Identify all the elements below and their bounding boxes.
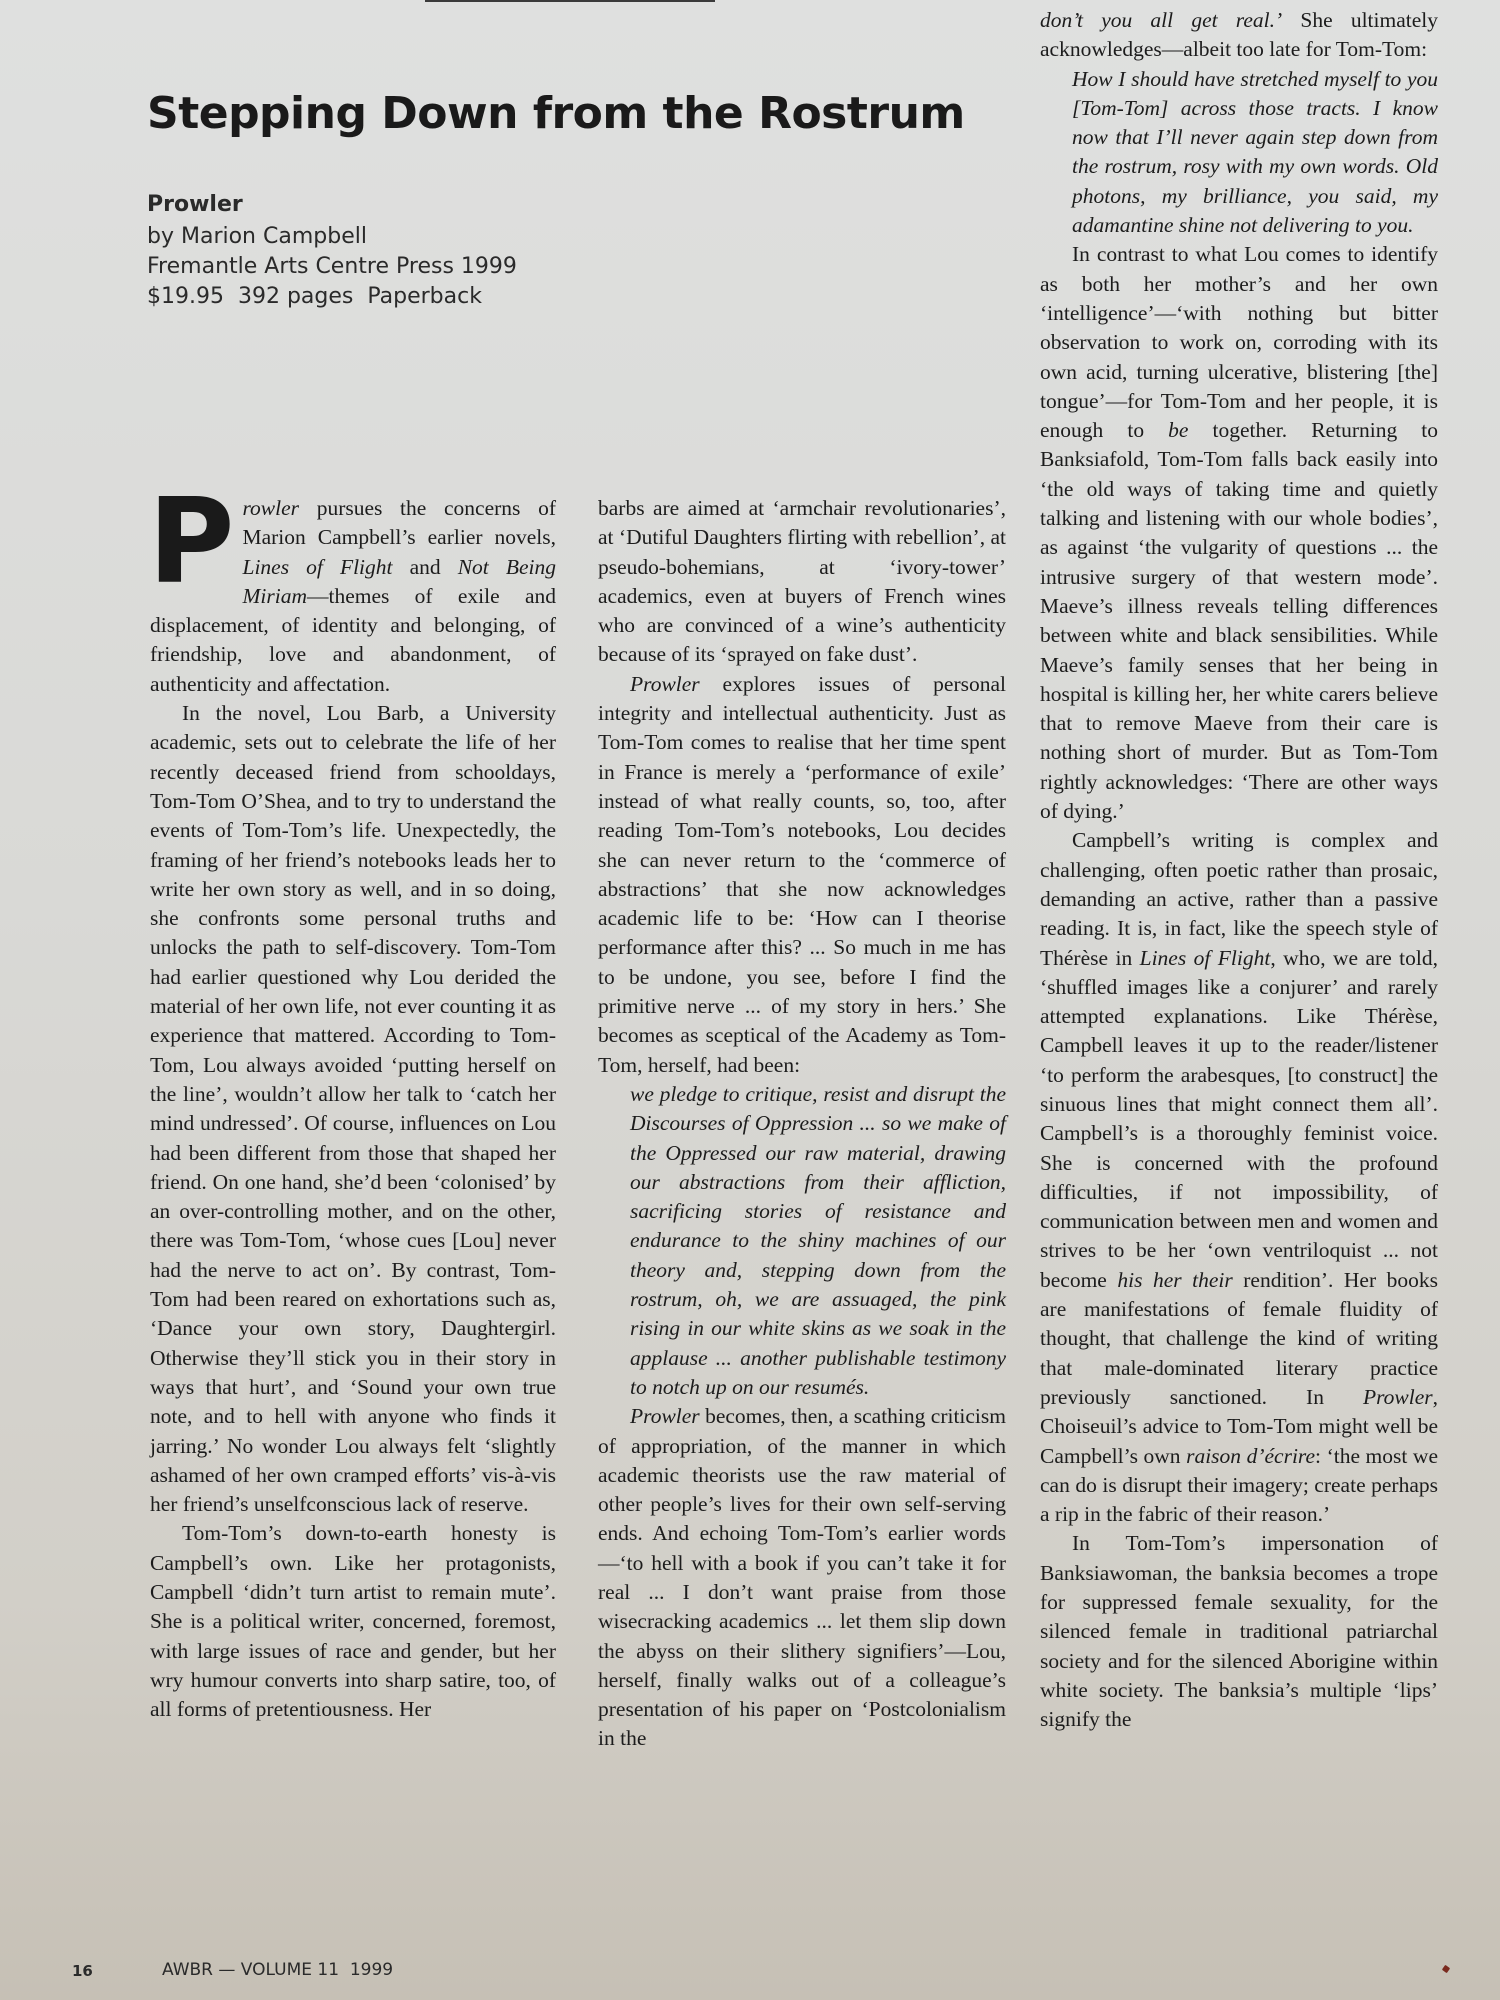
paragraph: In Tom-Tom’s impersonation of Banksiawom… [1040, 1529, 1438, 1734]
paragraph: In the novel, Lou Barb, a University aca… [150, 699, 556, 1519]
page-number: 16 [72, 1962, 93, 1980]
top-rule [425, 0, 715, 2]
column-1: Prowler pursues the concerns of Marion C… [150, 494, 556, 1724]
column-2: barbs are aimed at ‘armchair revolutiona… [598, 494, 1006, 1754]
paragraph: Prowler pursues the concerns of Marion C… [150, 494, 556, 699]
paragraph: In contrast to what Lou comes to identif… [1040, 240, 1438, 826]
article-headline: Stepping Down from the Rostrum [147, 88, 965, 139]
paragraph: Prowler becomes, then, a scathing critic… [598, 1402, 1006, 1754]
block-quote: How I should have stretched myself to yo… [1072, 65, 1438, 241]
paragraph: Tom-Tom’s down-to-earth honesty is Campb… [150, 1519, 556, 1724]
paragraph: Campbell’s writing is complex and challe… [1040, 826, 1438, 1529]
journal-footer: AWBR — VOLUME 11 1999 [162, 1960, 393, 1980]
column-3: don’t you all get real.’ She ultimately … [1040, 6, 1438, 1735]
book-info: Prowler by Marion Campbell Fremantle Art… [147, 190, 517, 312]
book-title: Prowler [147, 190, 517, 220]
block-quote: we pledge to critique, resist and disrup… [630, 1080, 1006, 1402]
drop-cap: P [148, 498, 234, 584]
book-publisher: Fremantle Arts Centre Press 1999 [147, 252, 517, 282]
paragraph: don’t you all get real.’ She ultimately … [1040, 6, 1438, 65]
paragraph: Prowler explores issues of personal inte… [598, 670, 1006, 1080]
book-author: by Marion Campbell [147, 222, 517, 252]
paragraph: barbs are aimed at ‘armchair revolutiona… [598, 494, 1006, 670]
book-details: $19.95 392 pages Paperback [147, 282, 517, 312]
ink-mark [1442, 1965, 1450, 1973]
